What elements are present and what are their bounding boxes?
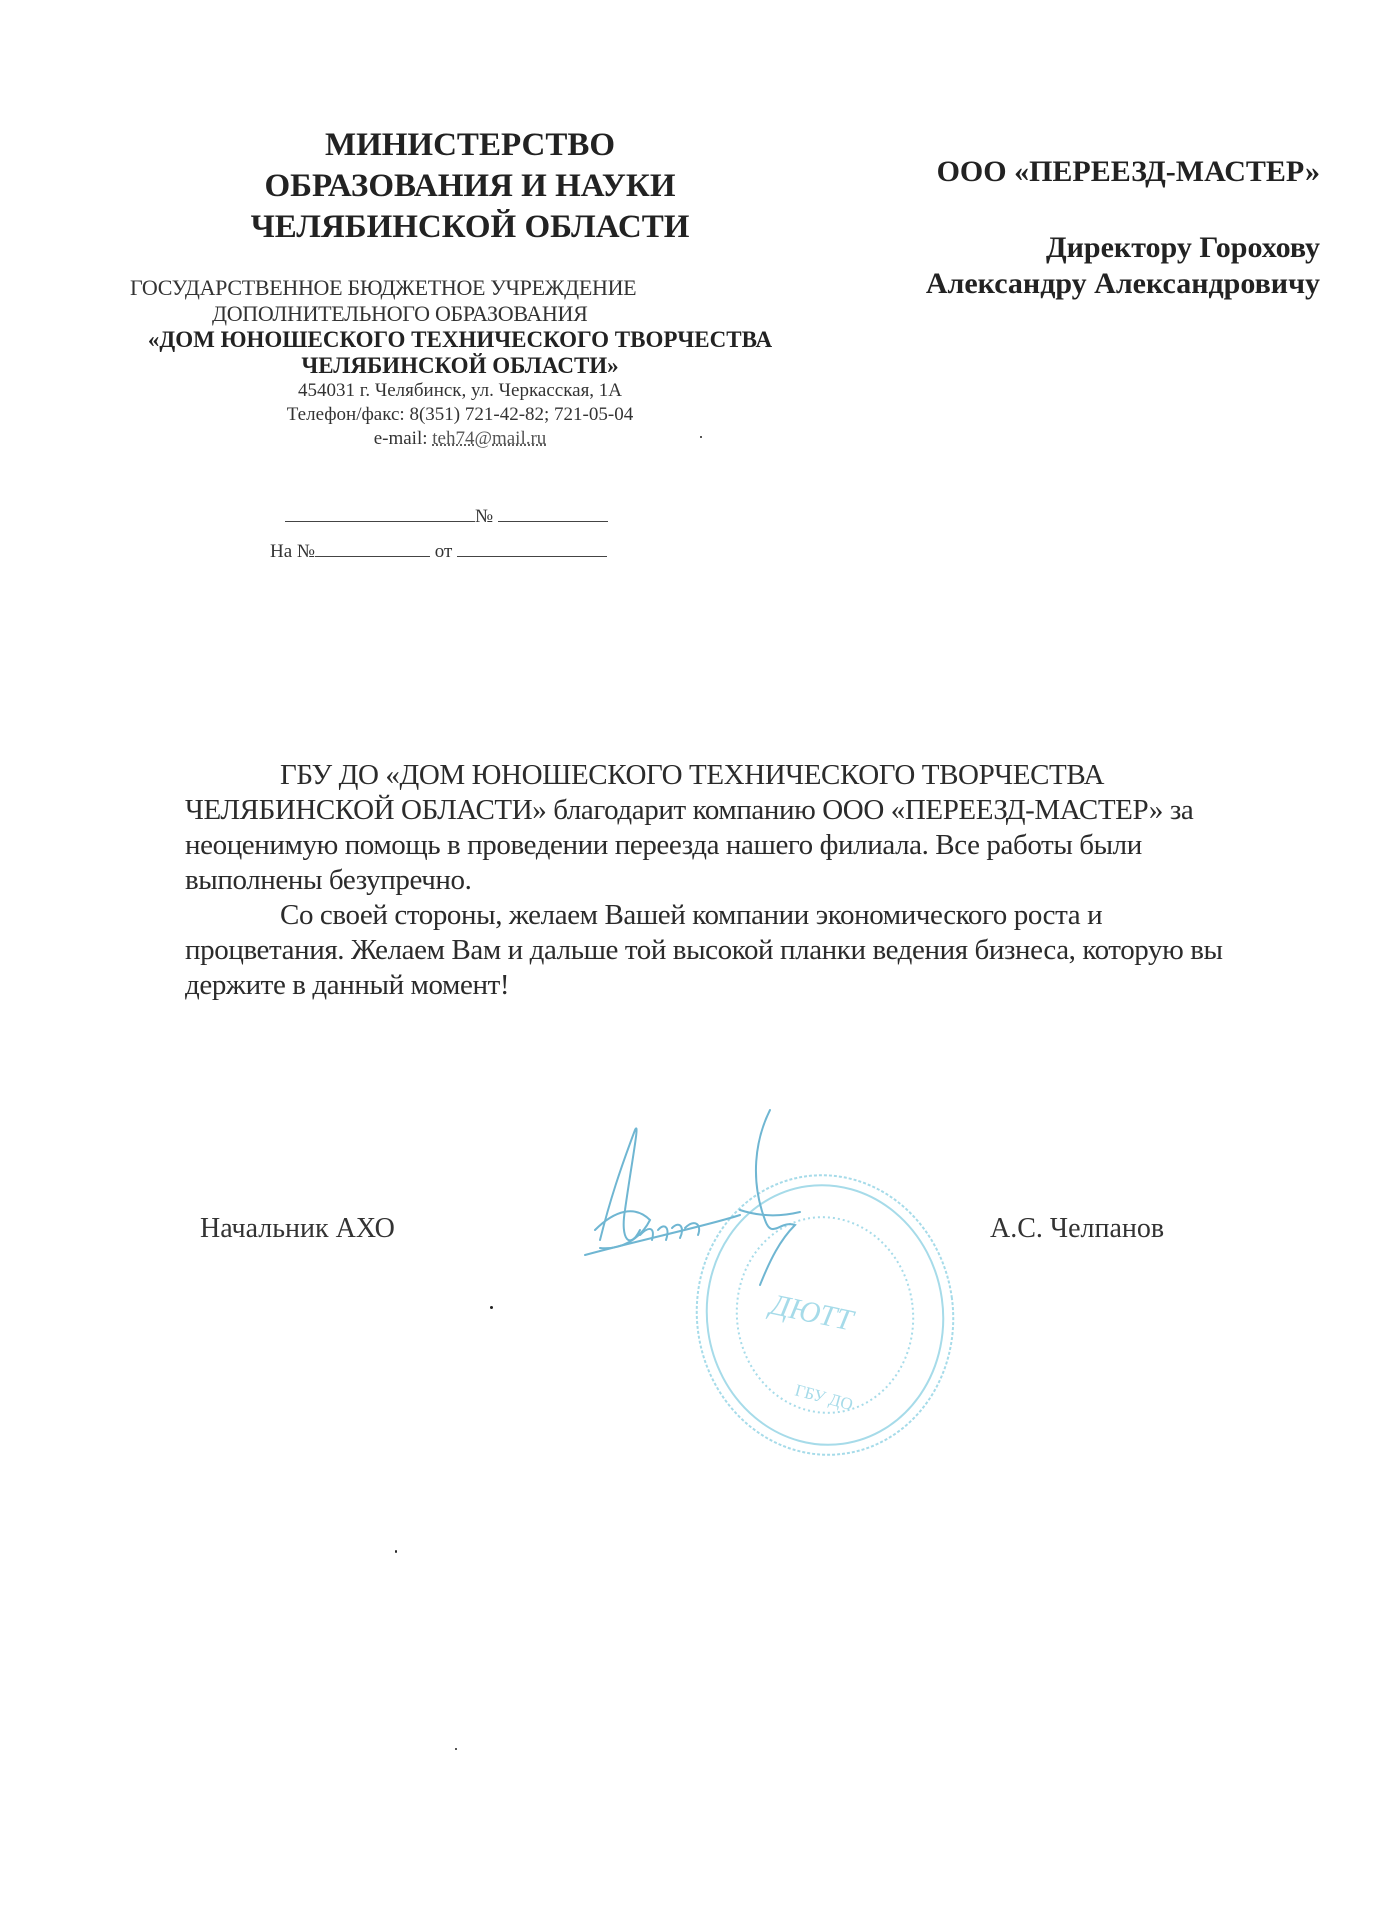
institution-name-line2: ЧЕЛЯБИНСКОЙ ОБЛАСТИ» (100, 353, 820, 379)
addressee-company: ООО «ПЕРЕЕЗД-МАСТЕР» (880, 155, 1320, 189)
institution-phone: Телефон/факс: 8(351) 721-42-82; 721-05-0… (100, 403, 820, 427)
number-blank (498, 505, 608, 522)
ministry-line: МИНИСТЕРСТВО (150, 125, 790, 166)
email-label: e-mail: (374, 428, 433, 449)
scan-speck (455, 1748, 457, 1750)
svg-text:ГБУ ДО: ГБУ ДО (793, 1380, 855, 1414)
ministry-header: МИНИСТЕРСТВО ОБРАЗОВАНИЯ И НАУКИ ЧЕЛЯБИН… (150, 125, 790, 248)
outgoing-number-field: № (285, 505, 608, 528)
handwritten-signature (540, 1100, 860, 1300)
institution-address: 454031 г. Челябинск, ул. Черкасская, 1А (100, 379, 820, 403)
date-blank (285, 505, 475, 522)
signatory-name: А.С. Челпанов (990, 1213, 1164, 1245)
institution-type-line2: ДОПОЛНИТЕЛЬНОГО ОБРАЗОВАНИЯ (100, 301, 820, 327)
scan-speck (700, 436, 702, 438)
institution-name-line1: «ДОМ ЮНОШЕСКОГО ТЕХНИЧЕСКОГО ТВОРЧЕСТВА (100, 327, 820, 353)
ministry-line: ОБРАЗОВАНИЯ И НАУКИ (150, 166, 790, 207)
letter-body: ГБУ ДО «ДОМ ЮНОШЕСКОГО ТЕХНИЧЕСКОГО ТВОР… (185, 758, 1265, 1003)
scan-speck (395, 1550, 397, 1553)
reply-date-blank (457, 540, 607, 557)
institution-email-line: e-mail: teh74@mail.ru (100, 427, 820, 451)
email-link[interactable]: teh74@mail.ru (432, 428, 546, 449)
addressee-position: Директору Горохову (860, 230, 1320, 266)
body-paragraph: Со своей стороны, желаем Вашей компании … (185, 898, 1265, 1003)
reply-number-blank (315, 540, 430, 557)
institution-block: ГОСУДАРСТВЕННОЕ БЮДЖЕТНОЕ УЧРЕЖДЕНИЕ ДОП… (100, 275, 820, 451)
number-label: № (475, 506, 493, 527)
institution-type-line1: ГОСУДАРСТВЕННОЕ БЮДЖЕТНОЕ УЧРЕЖДЕНИЕ (100, 275, 820, 301)
reply-number-label: На № (270, 541, 315, 562)
addressee-name: Александру Александровичу (860, 266, 1320, 302)
addressee-person: Директору Горохову Александру Александро… (860, 230, 1320, 302)
body-paragraph: ГБУ ДО «ДОМ ЮНОШЕСКОГО ТЕХНИЧЕСКОГО ТВОР… (185, 758, 1265, 898)
ministry-line: ЧЕЛЯБИНСКОЙ ОБЛАСТИ (150, 207, 790, 248)
signatory-title: Начальник АХО (200, 1213, 395, 1245)
scan-speck (490, 1306, 493, 1309)
reply-from-label: от (435, 541, 453, 562)
reply-reference-field: На № от (270, 540, 607, 563)
